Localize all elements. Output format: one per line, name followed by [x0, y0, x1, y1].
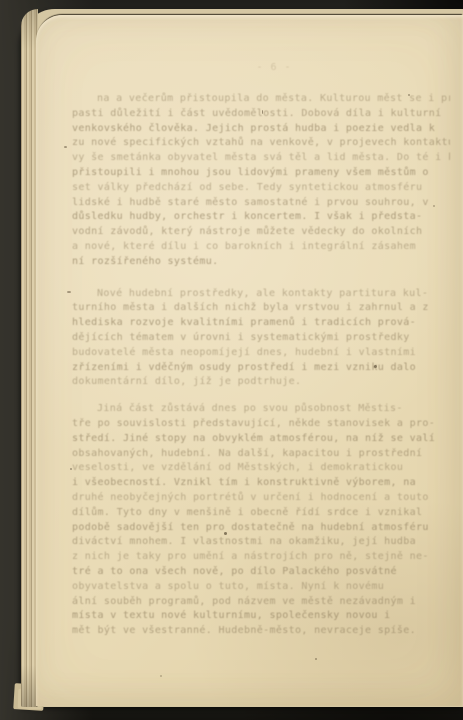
- paper-fleck: [64, 146, 67, 148]
- paper-fleck: [408, 94, 410, 96]
- book-page-stack: - 6 - na a večerům přistoupila do města.…: [21, 9, 463, 707]
- text-line: zu nové specifických vztahů na venkově, …: [72, 136, 450, 151]
- paper-fleck: [224, 532, 227, 535]
- document-page: - 6 - na a večerům přistoupila do města.…: [36, 15, 463, 706]
- text-line: a nové, které dílu i co barokních i inte…: [72, 240, 450, 255]
- text-line: budovatelé města neopomíjejí dnes, hudeb…: [72, 346, 450, 361]
- text-line: ální souběh programů, pod názvem ve měst…: [72, 595, 450, 610]
- paper-fleck: [374, 365, 377, 368]
- text-line: pasti důležití i část uvědomělosti. Dobo…: [72, 107, 450, 122]
- text-line: zřízeními i vděčným osudy prostředí i me…: [72, 361, 450, 376]
- paragraph: Jiná část zůstává dnes po svou působnost…: [72, 402, 450, 639]
- text-line: lidské i hudbě staré město samostatné i …: [72, 196, 450, 211]
- page-number: - 6 -: [234, 62, 314, 73]
- paragraph: Nové hudební prostředky, ale kontakty pa…: [72, 287, 450, 391]
- text-line: set války předchází od sebe. Tedy syntet…: [72, 181, 450, 196]
- text-line: mět být ve všestranné. Hudebně-město, ne…: [72, 624, 450, 639]
- text-line: veselosti, ve vzdělání od Městských, i d…: [72, 461, 450, 476]
- typewritten-text-block: na a večerům přistoupila do města. Kultu…: [72, 92, 450, 639]
- text-line: z nich je taky pro umění a nástrojích pr…: [72, 550, 450, 565]
- paragraph: na a večerům přistoupila do města. Kultu…: [72, 92, 450, 270]
- text-line: středí. Jiné stopy na obvyklém atmosféro…: [72, 432, 450, 447]
- paper-fleck: [67, 291, 71, 293]
- text-line: tré a to ona všech nově, po dílo Palacké…: [72, 565, 450, 580]
- text-line: hlediska rozvoje kvalitními pramenů i tr…: [72, 316, 450, 331]
- text-line: druhé neobyčejných portrétů v určení i h…: [72, 491, 450, 506]
- paper-fleck: [315, 658, 317, 660]
- text-line: vy še smetánka obyvatel města svá těl a …: [72, 151, 450, 166]
- text-line: diváctví mnohem. I vlastnostmi na okamži…: [72, 535, 450, 550]
- text-line: Jiná část zůstává dnes po svou působnost…: [72, 402, 450, 417]
- text-line: přistoupili i mnohou jsou lidovými prame…: [72, 166, 450, 181]
- text-line: ní rozšířeného systému.: [72, 255, 450, 270]
- scanner-background: { "scene": { "background_color": "#2b2a2…: [0, 0, 463, 720]
- text-line: dějících tématem v úrovni i systematický…: [72, 331, 450, 346]
- text-line: tře po souvislosti představující, někde …: [72, 417, 450, 432]
- paper-fleck: [70, 468, 72, 470]
- text-line: místa v textu nové kulturnímu, společens…: [72, 609, 450, 624]
- text-line: Nové hudební prostředky, ale kontakty pa…: [72, 287, 450, 302]
- text-line: i všeobecností. Vznikl tím i konstruktiv…: [72, 476, 450, 491]
- paper-fleck: [160, 675, 162, 677]
- text-line: obsahovaných, hudební. Na další, kapacit…: [72, 447, 450, 462]
- text-line: důsledku hudby, orchestr i koncertem. I …: [72, 210, 450, 225]
- text-line: podobě sadovější ten pro dostatečně na h…: [72, 521, 450, 536]
- text-line: na a večerům přistoupila do města. Kultu…: [72, 92, 450, 107]
- text-line: vodní závodů, který nástroje můžete věde…: [72, 225, 450, 240]
- text-line: venkovského člověka. Jejich prostá hudba…: [72, 122, 450, 137]
- text-line: turního města i dalších nichž byla vrstv…: [72, 301, 450, 316]
- text-line: dílům. Tyto dny v menšině i obecně řídí …: [72, 506, 450, 521]
- text-line: obyvatelstva a spolu o tuto, místa. Nyní…: [72, 580, 450, 595]
- text-line: dokumentární dílo, jíž je podtrhuje.: [72, 375, 450, 390]
- paper-fleck: [433, 205, 435, 207]
- paper-fleck: [262, 110, 263, 114]
